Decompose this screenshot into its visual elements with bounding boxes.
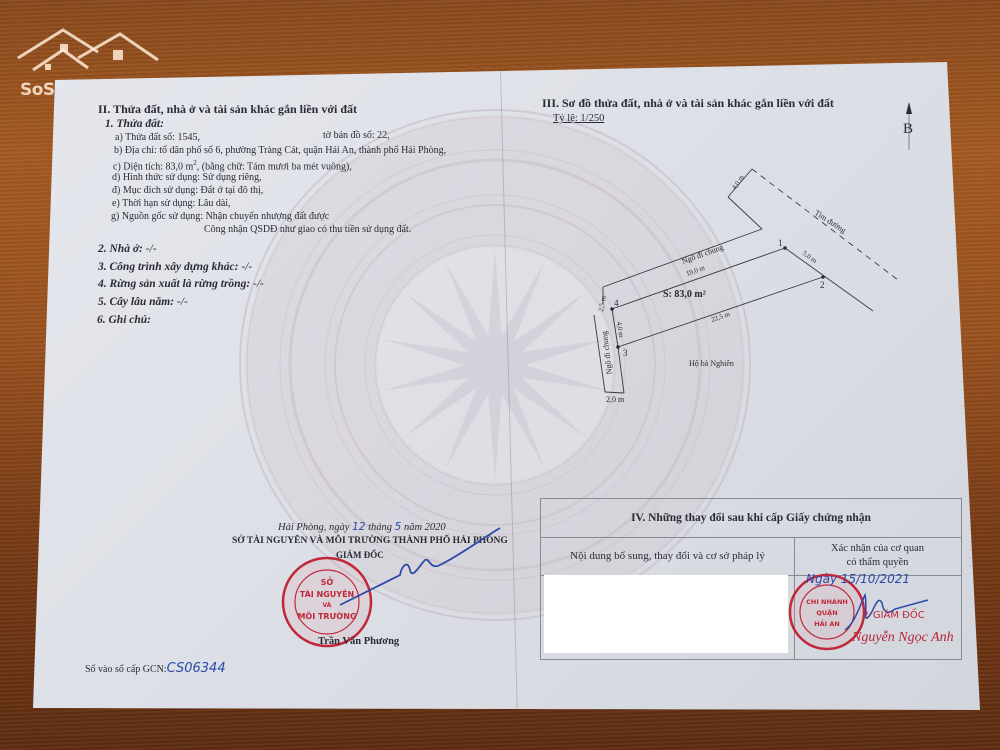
- changes-table-title: IV. Những thay đổi sau khi cấp Giấy chứn…: [541, 499, 961, 538]
- confirm-header-line-1: Xác nhận của cơ quan: [831, 542, 924, 556]
- point-4-label: 4: [614, 298, 619, 308]
- confirm-header-line-2: có thẩm quyền: [847, 556, 909, 570]
- point-2-label: 2: [820, 280, 825, 290]
- edge-4-1-length: 19,0 m: [685, 264, 707, 278]
- confirmation-role: P. GIÁM ĐỐC: [862, 610, 925, 621]
- changes-column-content: Nội dung bổ sung, thay đổi và cơ sở pháp…: [541, 537, 795, 576]
- point-3-label: 3: [623, 348, 628, 358]
- stamp-line-2: QUẬN: [816, 608, 837, 617]
- redacted-change-content: [544, 575, 788, 653]
- house-roof-icon: [8, 20, 168, 80]
- land-certificate-paper: II. Thửa đất, nhà ở và tài sản khác gắn …: [0, 0, 1000, 750]
- changes-column-confirmation: Xác nhận của cơ quan có thẩm quyền: [794, 537, 961, 576]
- alley-top-length: 4,0 m: [730, 173, 746, 191]
- edge-1-2-length: 5,0 m: [801, 249, 819, 265]
- stamp-line-3: HẢI AN: [814, 618, 840, 628]
- alley-bottom-length: 2,0 m: [606, 395, 625, 404]
- confirmation-date: Ngày 15/10/2021: [806, 572, 910, 586]
- neighbor-label: Hộ bà Nghiên: [689, 359, 734, 368]
- edge-2-3-length: 22,5 m: [710, 310, 732, 324]
- road-centerline-label: Tim đường: [813, 208, 848, 235]
- point-1-label: 1: [778, 238, 783, 248]
- shared-alley-label-top: Ngõ đi chung: [681, 243, 725, 266]
- confirmation-signer: Nguyễn Ngọc Anh: [852, 630, 954, 646]
- alley-left-width: 2,5 m: [597, 295, 608, 313]
- area-label: S: 83,0 m²: [663, 289, 706, 300]
